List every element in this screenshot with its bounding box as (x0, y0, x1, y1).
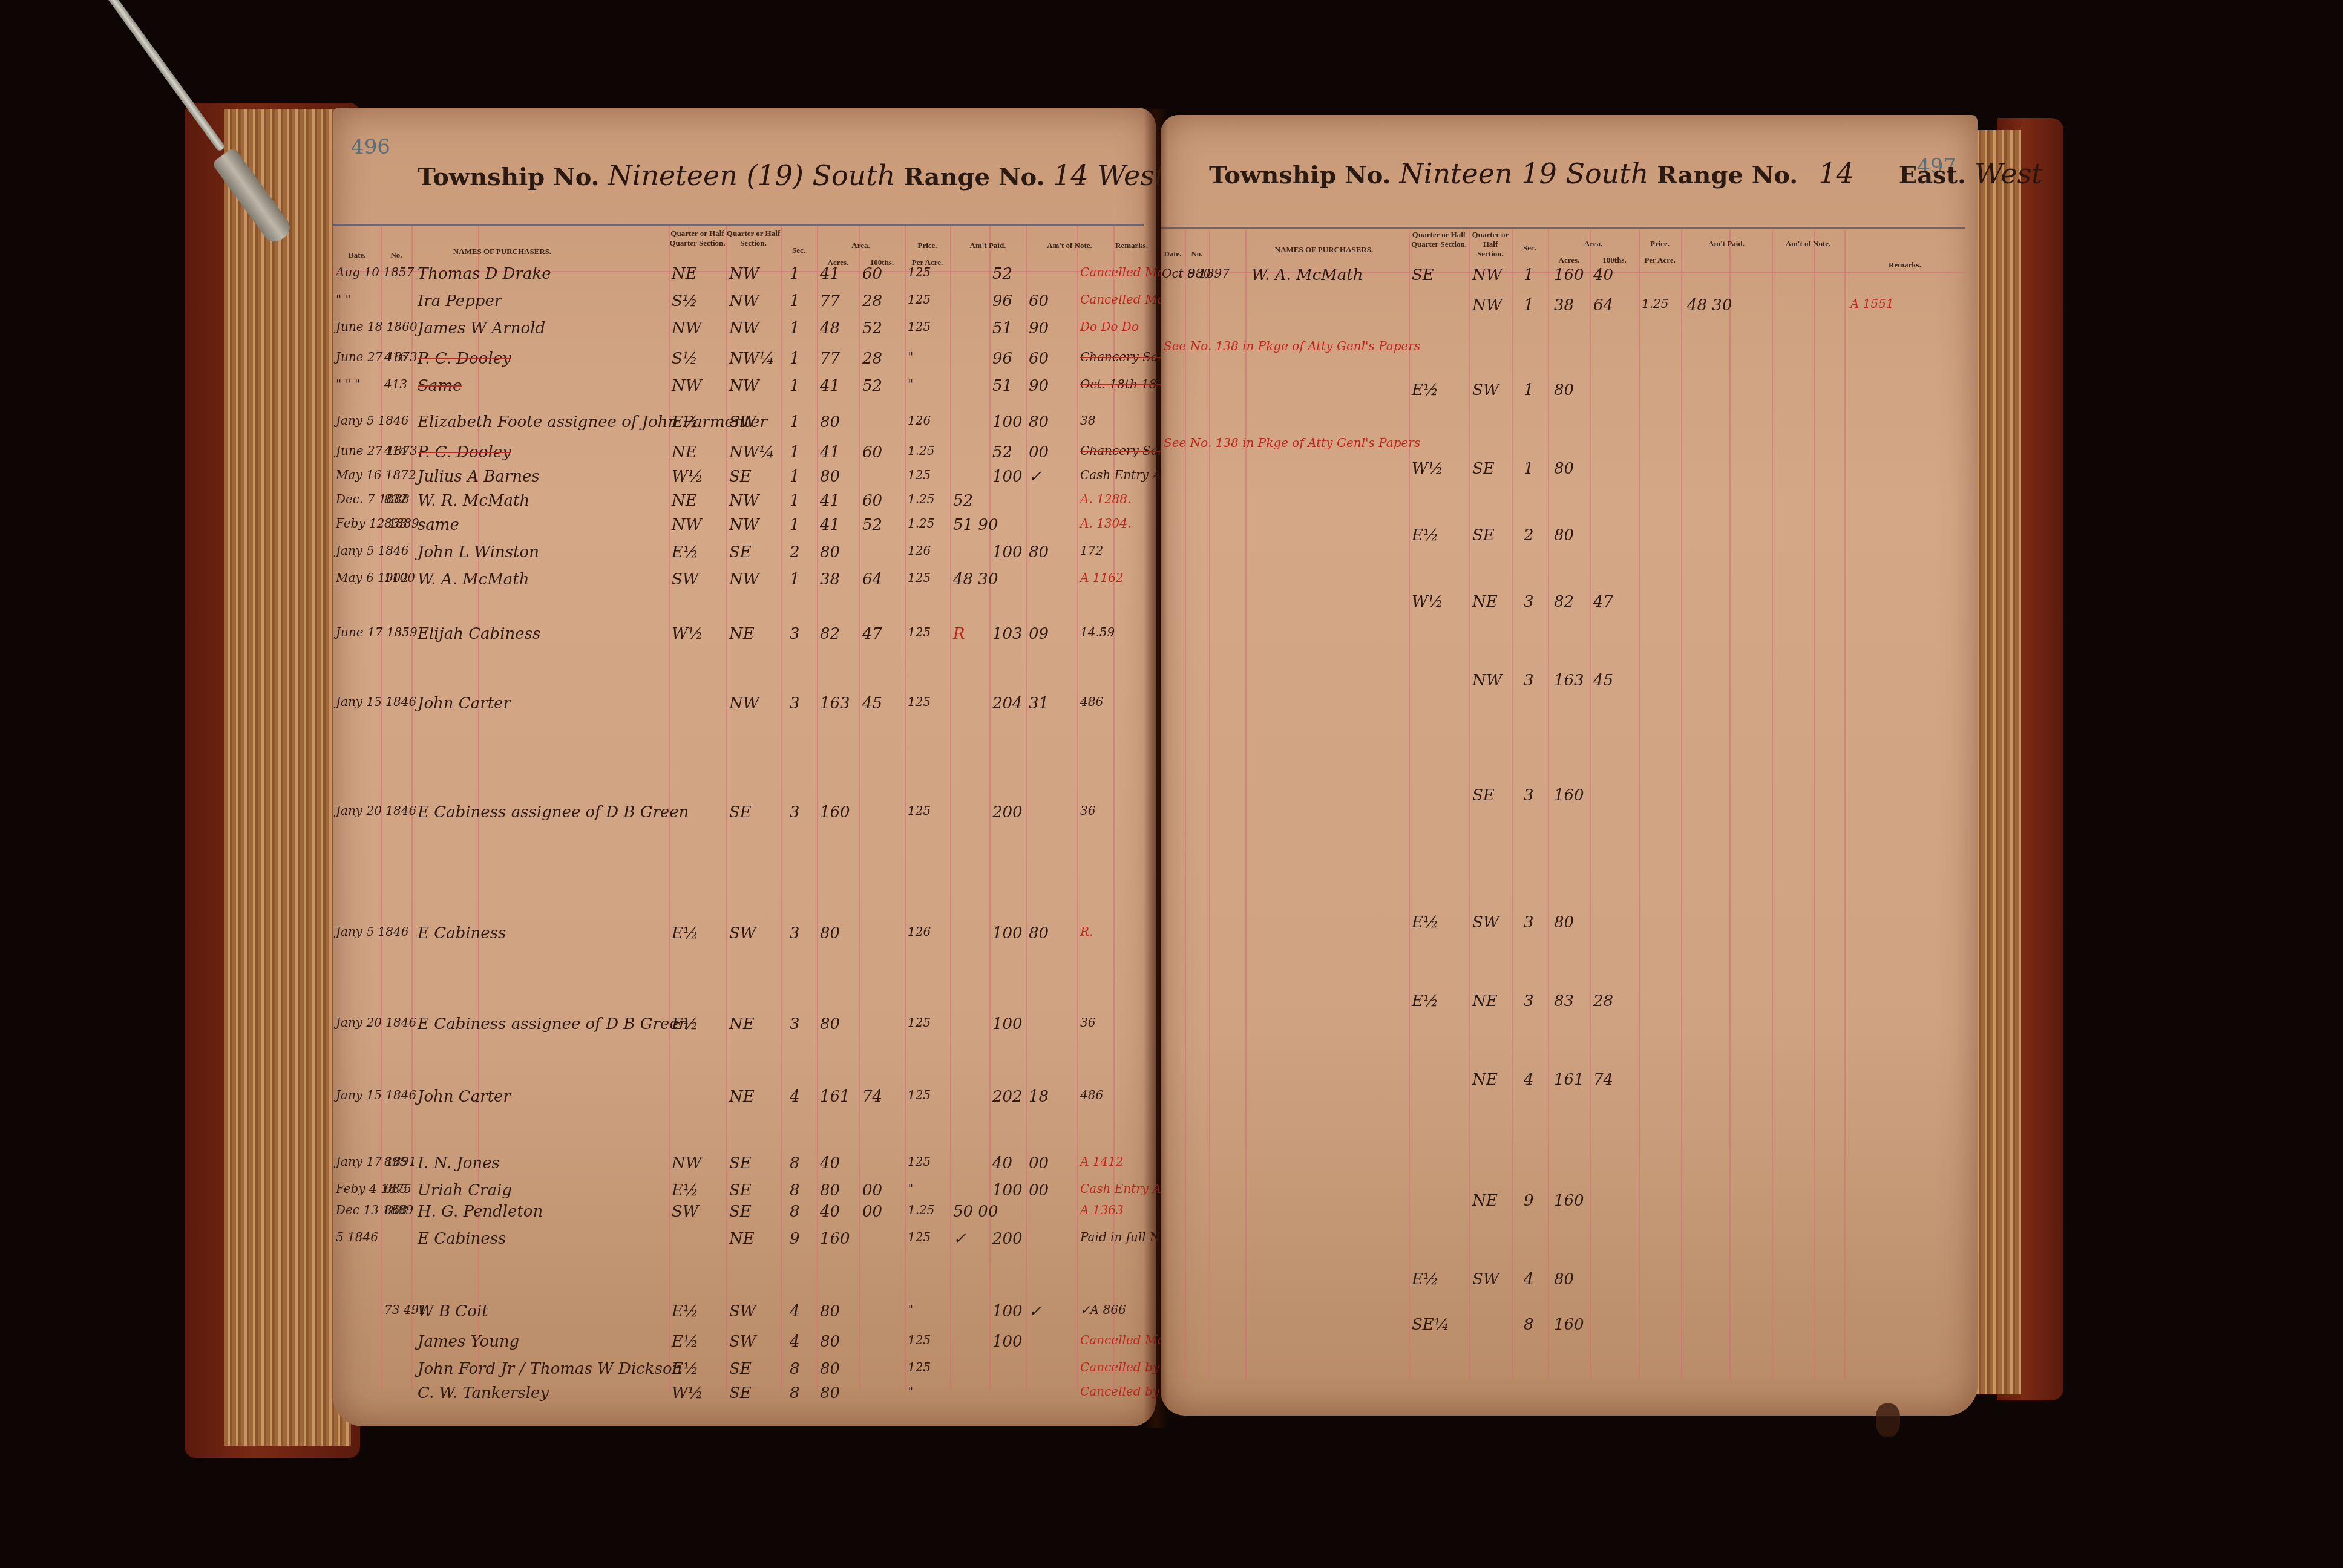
ledger-paid: 52 (953, 492, 973, 510)
ledger-price: 1.25 (1642, 296, 1669, 311)
ledger-acres: 160 (1554, 1316, 1584, 1334)
ledger-acres: 38 (1554, 296, 1574, 315)
ledger-no: 832 (384, 492, 407, 506)
ledger-sec: 3 (1524, 992, 1534, 1010)
ledger-note_c: 31 (1029, 694, 1049, 713)
ledger-acres: 40 (820, 1154, 840, 1172)
ledger-date: " " (336, 292, 351, 307)
ledger-date: Jany 5 1846 (336, 413, 408, 428)
column-header-quarter_half: Quarter or Half Section. (726, 229, 781, 248)
ledger-acres: 38 (820, 570, 840, 589)
column-header-no: No. (1185, 249, 1209, 259)
column-rule (1409, 230, 1410, 1379)
ledger-sec: 8 (790, 1181, 800, 1200)
ledger-acres: 41 (820, 516, 840, 534)
ledger-qh: SW (729, 413, 756, 431)
column-header-quarter_half_quarter: Quarter or Half Quarter Section. (1409, 230, 1469, 249)
ledger-no: 895 (384, 1154, 407, 1169)
column-rule (1772, 230, 1773, 1379)
ledger-qh: SW (1472, 381, 1499, 399)
ledger-price: 125 (908, 694, 931, 709)
column-rule (859, 226, 860, 1390)
column-rule (1681, 230, 1682, 1379)
ledger-note_c: 80 (1029, 924, 1049, 942)
ledger-price: 125 (908, 1230, 931, 1244)
ledger-acres: 160 (820, 1230, 850, 1248)
ledger-qhq: NW (672, 377, 701, 395)
ledger-qh: NW (729, 377, 759, 395)
column-header-names: NAMES OF PURCHASERS. (1245, 245, 1403, 255)
ledger-name: H. G. Pendleton (418, 1203, 543, 1221)
ink-stain (1876, 1403, 1900, 1437)
ledger-hund: 64 (862, 570, 882, 589)
ledger-hund: 47 (862, 625, 882, 643)
ledger-qhq: W½ (1412, 460, 1443, 478)
ledger-remarks: A 1551 (1850, 296, 1894, 311)
ledger-qhq: SE¼ (1412, 1316, 1449, 1334)
column-rule (1844, 230, 1846, 1379)
ledger-qh: SW (1472, 1270, 1499, 1289)
ledger-note_d: 52 (992, 265, 1012, 283)
ledger-qhq: W½ (672, 1384, 703, 1402)
ledger-price: 1.25 (908, 492, 935, 506)
ledger-qhq: E½ (1412, 381, 1438, 399)
column-header-remarks: Remarks. (1844, 260, 1965, 270)
ledger-sec: 3 (790, 625, 800, 643)
ledger-qh: NW (1472, 671, 1502, 690)
ledger-sec: 1 (790, 492, 800, 510)
ledger-qhq: W½ (672, 625, 703, 643)
ledger-name: Elizabeth Foote assignee of John Parment… (418, 413, 767, 431)
ledger-no: 416 (384, 350, 407, 364)
ledger-acres: 77 (820, 350, 840, 368)
ledger-date: Jany 5 1846 (336, 543, 408, 558)
ledger-remarks: Do Do Do (1080, 319, 1139, 334)
ledger-qhq: E½ (672, 1302, 698, 1321)
ledger-note_d: 200 (992, 803, 1023, 822)
ledger-note_c: 90 (1029, 319, 1049, 338)
ledger-acres: 80 (820, 413, 840, 431)
ledger-date: 5 1846 (336, 1230, 378, 1244)
ledger-price: 125 (908, 468, 931, 482)
ledger-qh: SE (1472, 526, 1495, 544)
header-rule (1161, 227, 1965, 229)
ledger-qh: NW (729, 265, 759, 283)
ledger-qhq: NW (672, 1154, 701, 1172)
ledger-paid: 48 30 (1687, 296, 1732, 315)
ledger-sec: 8 (1524, 1316, 1534, 1334)
ledger-remarks: 172 (1080, 543, 1103, 558)
ledger-note_d: 202 (992, 1088, 1023, 1106)
ledger-name: same (418, 516, 459, 534)
column-header-price: Price. (905, 241, 950, 250)
ledger-hund: 28 (862, 350, 882, 368)
page-edges-left (224, 109, 351, 1446)
ledger-sec: 1 (790, 350, 800, 368)
ledger-qh: SE (1472, 786, 1495, 805)
ledger-remarks: 486 (1080, 1088, 1103, 1102)
ledger-name: C. W. Tankersley (418, 1384, 549, 1402)
ledger-qhq: E½ (672, 413, 698, 431)
column-rule (950, 226, 951, 1390)
column-rule (781, 226, 782, 1390)
ledger-qhq: NW (672, 516, 701, 534)
direction-handwritten: West (1974, 157, 2043, 190)
ledger-paid: 48 30 (953, 570, 998, 589)
ledger-sec: 1 (1524, 460, 1534, 478)
ledger-qh: NW (729, 516, 759, 534)
page-edges-right (1973, 130, 2021, 1394)
ledger-hund: 28 (1593, 992, 1613, 1010)
ledger-note_c: 18 (1029, 1088, 1049, 1106)
ledger-name: John Carter (418, 694, 511, 713)
ledger-date: June 17 1859 (336, 625, 418, 639)
ledger-date: Jany 15 1846 (336, 694, 416, 709)
ledger-remarks: A. 1304. (1080, 516, 1131, 531)
ledger-sec: 9 (790, 1230, 800, 1248)
ledger-price: 125 (908, 265, 931, 279)
ledger-price: " (908, 1302, 913, 1317)
ledger-date: Jany 5 1846 (336, 924, 408, 939)
ledger-name: E Cabiness assignee of D B Green (418, 803, 689, 822)
ledger-sec: 1 (790, 292, 800, 310)
ledger-sec: 3 (790, 1015, 800, 1033)
ledger-note_c: 00 (1029, 443, 1049, 462)
ledger-date: Jany 20 1846 (336, 803, 416, 818)
ledger-qhq: SW (672, 570, 699, 589)
ledger-sec: 1 (790, 468, 800, 486)
ledger-acres: 82 (820, 625, 840, 643)
ledger-acres: 48 (820, 319, 840, 338)
ledger-name: Elijah Cabiness (418, 625, 540, 643)
page-title-left: Township No. Nineteen (19) South Range N… (418, 159, 1242, 192)
ledger-hund: 52 (862, 319, 882, 338)
ledger-acres: 80 (1554, 1270, 1574, 1289)
ledger-name: E Cabiness assignee of D B Green (418, 1015, 689, 1033)
ledger-note_d: 52 (992, 443, 1012, 462)
ledger-qhq: E½ (672, 1333, 698, 1351)
ledger-note_d: 40 (992, 1154, 1012, 1172)
ledger-qh: SE (729, 803, 752, 822)
range-handwritten: 14 (1818, 157, 1854, 190)
ledger-qh: NW¼ (729, 443, 775, 462)
ledger-qh: SW (729, 924, 756, 942)
ledger-qh: NW (729, 492, 759, 510)
ledger-qh: SE (729, 1154, 752, 1172)
ledger-hund: 45 (862, 694, 882, 713)
ledger-qhq: S½ (672, 350, 698, 368)
ledger-acres: 163 (820, 694, 850, 713)
ledger-acres: 80 (820, 924, 840, 942)
ledger-name: E Cabiness (418, 924, 506, 942)
ledger-name: W. A. McMath (418, 570, 529, 589)
ledger-price: 125 (908, 1154, 931, 1169)
ledger-acres: 160 (1554, 786, 1584, 805)
ledger-name: Julius A Barnes (418, 468, 540, 486)
ledger-note: See No. 138 in Pkge of Atty Genl's Paper… (1164, 339, 1420, 353)
right-page: 497 Township No. Ninteen 19 South Range … (1161, 115, 1978, 1416)
ledger-date: May 16 1872 (336, 468, 416, 482)
ledger-qh: SE (1472, 460, 1495, 478)
ledger-no: 685 (384, 1181, 407, 1196)
left-page: 496 Township No. Nineteen (19) South Ran… (333, 108, 1156, 1426)
ledger-hund: 47 (1593, 593, 1613, 611)
ledger-name: Same (418, 377, 462, 395)
ledger-name: Ira Pepper (418, 292, 502, 310)
ledger-acres: 80 (820, 1333, 840, 1351)
ledger-price: 125 (908, 625, 931, 639)
ledger-sec: 1 (790, 413, 800, 431)
ledger-acres: 41 (820, 492, 840, 510)
ledger-sec: 4 (1524, 1270, 1534, 1289)
ledger-qh: SE (729, 1181, 752, 1200)
ledger-qhq: E½ (1412, 526, 1438, 544)
ledger-acres: 160 (1554, 1192, 1584, 1210)
ledger-qh: NE (1472, 1192, 1498, 1210)
ledger-no: 980 (1188, 266, 1211, 281)
ledger-price: 1.25 (908, 443, 935, 458)
ledger-note_c: 00 (1029, 1154, 1049, 1172)
ledger-sec: 8 (790, 1360, 800, 1378)
column-header-quarter_half_quarter: Quarter or Half Quarter Section. (669, 229, 726, 248)
ledger-remarks: R. (1080, 924, 1093, 939)
ledger-date: Aug 10 1857 (336, 265, 414, 279)
ledger-qh: NW (729, 292, 759, 310)
ledger-note_c: 60 (1029, 292, 1049, 310)
column-header-sec: Sec. (781, 246, 817, 255)
header-rule (333, 224, 1144, 226)
ledger-note_c: ✓ (1029, 1302, 1042, 1321)
ledger-qh: NE (1472, 992, 1498, 1010)
ledger-qh: SW (729, 1333, 756, 1351)
ledger-name: P. C. Dooley (418, 350, 511, 368)
ledger-sec: 1 (790, 265, 800, 283)
ledger-qhq: SW (672, 1203, 699, 1221)
ledger-price: " (908, 1181, 913, 1196)
ledger-acres: 161 (820, 1088, 850, 1106)
column-rule (1729, 230, 1731, 1379)
ledger-acres: 80 (820, 543, 840, 561)
ledger-acres: 80 (820, 1302, 840, 1321)
ledger-remarks: ✓A 866 (1080, 1302, 1126, 1317)
ledger-qhq: E½ (1412, 1270, 1438, 1289)
ledger-note_c: ✓ (1029, 468, 1042, 486)
ledger-note_d: 103 (992, 625, 1023, 643)
ledger-hund: 60 (862, 492, 882, 510)
ledger-hund: 74 (862, 1088, 882, 1106)
ledger-qhq: W½ (672, 468, 703, 486)
ledger-price: 125 (908, 1360, 931, 1374)
ledger-qh: SW (729, 1302, 756, 1321)
ledger-sec: 3 (790, 694, 800, 713)
ledger-sec: 4 (790, 1088, 800, 1106)
ledger-no: 868 (384, 1203, 407, 1217)
ledger-name: E Cabiness (418, 1230, 506, 1248)
column-header-sec: Sec. (1512, 243, 1548, 253)
ledger-acres: 80 (1554, 460, 1574, 478)
ledger-sec: 1 (1524, 266, 1534, 284)
ledger-remarks: 36 (1080, 803, 1095, 818)
ledger-qh: SW (1472, 913, 1499, 932)
ledger-note_d: 100 (992, 1181, 1023, 1200)
ledger-qh: NW¼ (729, 350, 775, 368)
ledger-date: Jany 20 1846 (336, 1015, 416, 1030)
ledger-price: 125 (908, 1015, 931, 1030)
ledger-hund: 52 (862, 377, 882, 395)
ledger-acres: 163 (1554, 671, 1584, 690)
ledger-qh: NE (1472, 1071, 1498, 1089)
ledger-price: " (908, 377, 913, 391)
column-header-per_acre: Per Acre. (1639, 255, 1681, 265)
ledger-sec: 3 (1524, 593, 1534, 611)
ledger-acres: 77 (820, 292, 840, 310)
column-header-names: NAMES OF PURCHASERS. (411, 247, 593, 256)
ledger-no: 833 (384, 516, 407, 531)
ledger-price: 125 (908, 319, 931, 334)
ledger-remarks: 486 (1080, 694, 1103, 709)
ledger-sec: 1 (1524, 381, 1534, 399)
ledger-qhq: E½ (672, 1015, 698, 1033)
ledger-sec: 2 (790, 543, 800, 561)
page-title-right: Township No. Ninteen 19 South Range No. … (1209, 157, 2043, 190)
ledger-price: 126 (908, 413, 931, 428)
ledger-sec: 1 (790, 443, 800, 462)
ledger-hund: 64 (1593, 296, 1613, 315)
ledger-sec: 1 (790, 377, 800, 395)
ledger-qhq: E½ (672, 924, 698, 942)
ledger-price: " (908, 1384, 913, 1399)
ledger-hund: 00 (862, 1181, 882, 1200)
page-weight-tool-handle (91, 0, 226, 152)
ledger-price: 125 (908, 292, 931, 307)
ledger-qhq: E½ (1412, 913, 1438, 932)
ledger-no: 414 (384, 443, 407, 458)
ledger-qh: NE (729, 1230, 755, 1248)
column-header-hundredths: 100ths. (1590, 255, 1639, 265)
ledger-name: W B Coit (418, 1302, 488, 1321)
ledger-acres: 41 (820, 265, 840, 283)
column-rule (1512, 230, 1513, 1379)
column-rule (905, 226, 906, 1390)
ledger-hund: 28 (862, 292, 882, 310)
ledger-note_d: 100 (992, 924, 1023, 942)
column-rule (1814, 230, 1815, 1379)
ledger-acres: 80 (1554, 913, 1574, 932)
ledger-price: 125 (908, 570, 931, 585)
ledger-acres: 80 (820, 1360, 840, 1378)
ledger-date: " " " (336, 377, 360, 391)
ledger-hund: 60 (862, 265, 882, 283)
column-header-price: Price. (1639, 239, 1681, 249)
ledger-sec: 9 (1524, 1192, 1534, 1210)
ledger-name: James Young (418, 1333, 519, 1351)
ledger-acres: 80 (1554, 526, 1574, 544)
township-handwritten: Ninteen 19 South (1399, 157, 1648, 190)
ledger-qh: NE (1472, 593, 1498, 611)
ledger-hund: 00 (862, 1203, 882, 1221)
ledger-sec: 8 (790, 1384, 800, 1402)
ledger-qhq: E½ (672, 1360, 698, 1378)
ledger-note_c: 09 (1029, 625, 1049, 643)
ledger-name: John Carter (418, 1088, 511, 1106)
ledger-qhq: E½ (672, 1181, 698, 1200)
ledger-sec: 8 (790, 1154, 800, 1172)
ledger-note_d: 51 (992, 319, 1012, 338)
column-header-no: No. (381, 250, 411, 260)
ledger-qhq: W½ (1412, 593, 1443, 611)
ledger-qhq: NE (672, 443, 697, 462)
ledger-qhq: NE (672, 265, 697, 283)
ledger-sec: 4 (790, 1333, 800, 1351)
ledger-qh: NE (729, 625, 755, 643)
ledger-sec: 8 (790, 1203, 800, 1221)
column-header-acres: Acres. (1548, 255, 1590, 265)
column-rule (1548, 230, 1549, 1379)
ledger-remarks: A. 1288. (1080, 492, 1131, 506)
ledger-acres: 80 (820, 468, 840, 486)
ledger-note_d: 204 (992, 694, 1023, 713)
column-rule (1209, 230, 1210, 1379)
ledger-qh: NE (729, 1088, 755, 1106)
ledger-no: 1100 (384, 570, 415, 585)
column-header-date: Date. (333, 250, 381, 260)
ledger-note_d: 51 (992, 377, 1012, 395)
ledger-no: 413 (384, 377, 407, 391)
ledger-hund: 52 (862, 516, 882, 534)
ledger-sec: 4 (790, 1302, 800, 1321)
column-rule (1185, 230, 1186, 1379)
column-header-quarter_half: Quarter or Half Section. (1469, 230, 1512, 259)
ledger-qhq: E½ (672, 543, 698, 561)
ledger-note_d: 100 (992, 468, 1023, 486)
ledger-qh: NW (729, 570, 759, 589)
ledger-sec: 1 (790, 516, 800, 534)
ledger-remarks: A 1363 (1080, 1203, 1124, 1217)
ledger-acres: 80 (820, 1015, 840, 1033)
ledger-acres: 160 (820, 803, 850, 822)
ledger-acres: 80 (820, 1384, 840, 1402)
ledger-name: I. N. Jones (418, 1154, 500, 1172)
column-rule (1077, 226, 1078, 1390)
ledger-qh: SE (729, 1360, 752, 1378)
page-number-left: 496 (351, 135, 390, 159)
ledger-paid: ✓ (953, 1230, 966, 1248)
ledger-hund: 45 (1593, 671, 1613, 690)
ledger-sec: 1 (790, 319, 800, 338)
ledger-acres: 40 (820, 1203, 840, 1221)
ledger-note_d: 100 (992, 543, 1023, 561)
ledger-qh: SE (729, 543, 752, 561)
ledger-price: 1.25 (908, 1203, 935, 1217)
ledger-note_d: 200 (992, 1230, 1023, 1248)
ledger-qhq: NW (672, 319, 701, 338)
ledger-acres: 83 (1554, 992, 1574, 1010)
ledger-name: P. C. Dooley (418, 443, 511, 462)
ledger-sec: 1 (1524, 296, 1534, 315)
column-header-area: Area. (817, 241, 905, 250)
column-rule (1245, 230, 1247, 1379)
ledger-qh: NW (1472, 266, 1502, 284)
ledger-acres: 160 (1554, 266, 1584, 284)
ledger-note_d: 100 (992, 1302, 1023, 1321)
ledger-acres: 82 (1554, 593, 1574, 611)
ledger-hund: 60 (862, 443, 882, 462)
column-header-amt_paid: Am't Paid. (1681, 239, 1772, 249)
ledger-hund: 74 (1593, 1071, 1613, 1089)
ledger-name: John L Winston (418, 543, 539, 561)
ledger-note_c: 60 (1029, 350, 1049, 368)
ledger-acres: 41 (820, 443, 840, 462)
